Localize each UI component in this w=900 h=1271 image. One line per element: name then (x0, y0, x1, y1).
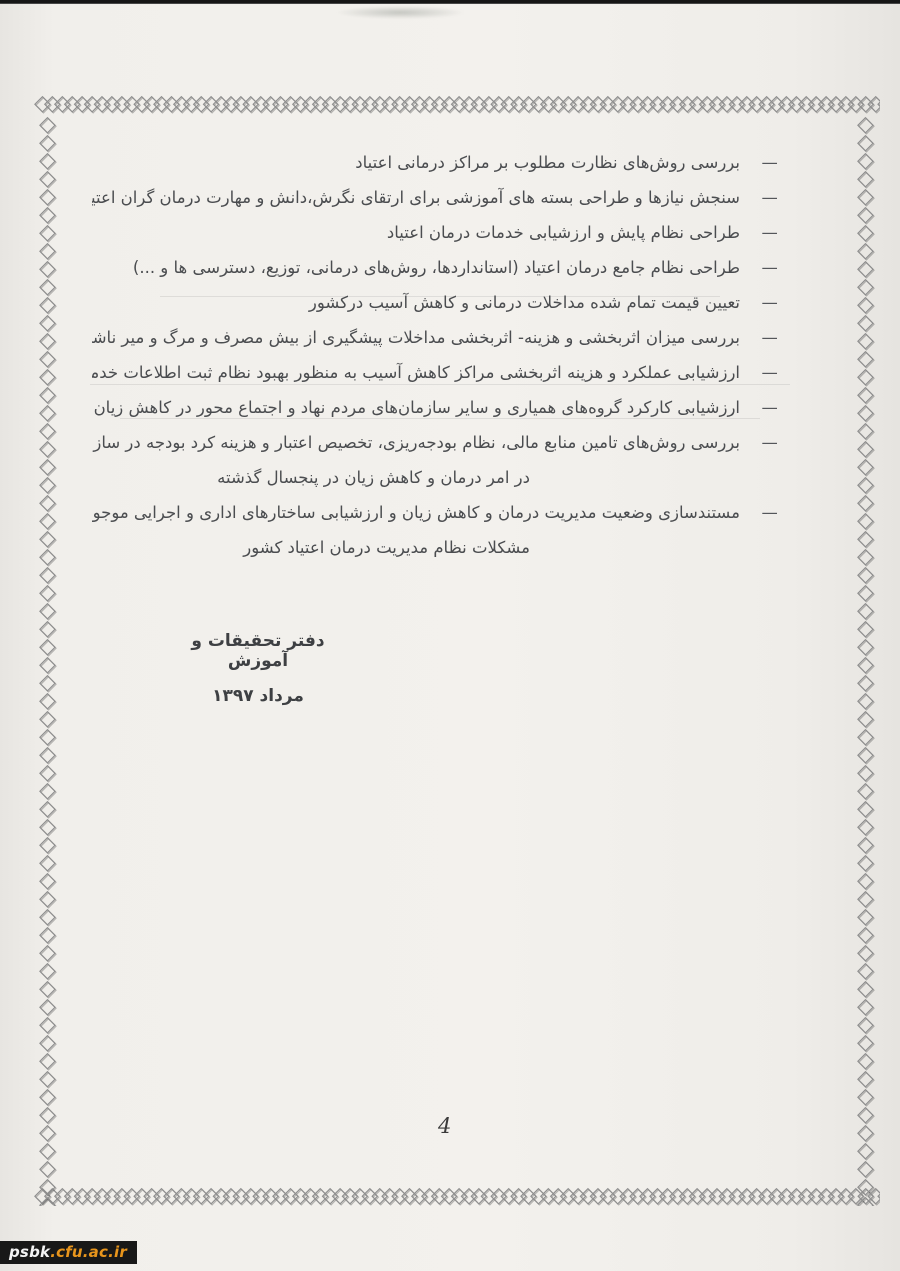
ornate-border-right: ◇◇◇◇◇◇◇◇◇◇◇◇◇◇◇◇◇◇◇◇◇◇◇◇◇◇◇◇◇◇◇◇◇◇◇◇◇◇◇◇… (852, 112, 878, 1206)
list-item-text: تعیین قیمت تمام شده مداخلات درمانی و کاه… (92, 292, 740, 314)
list-item-text: مستندسازی وضعیت مدیریت درمان و کاهش زیان… (92, 502, 740, 524)
list-item-text: طراحی نظام جامع درمان اعتیاد (استاندارده… (92, 257, 740, 279)
list-item: — بررسی روش‌های نظارت مطلوب بر مراکز درم… (92, 152, 777, 174)
page-number: 4 (438, 1114, 451, 1138)
list-item-text: طراحی نظام پایش و ارزشیابی خدمات درمان ا… (92, 222, 740, 244)
list-item-text: ارزشیابی عملکرد و هزینه اثربخشی مراکز کا… (92, 362, 740, 384)
dash-bullet: — (757, 292, 777, 314)
list-item: — طراحی نظام جامع درمان اعتیاد (استاندار… (92, 257, 777, 279)
watermark-site-badge: psbk.cfu.ac.ir (0, 1241, 137, 1264)
ornate-border-left: ◇◇◇◇◇◇◇◇◇◇◇◇◇◇◇◇◇◇◇◇◇◇◇◇◇◇◇◇◇◇◇◇◇◇◇◇◇◇◇◇… (34, 112, 60, 1206)
list-item-text: بررسی میزان اثربخشی و هزینه- اثربخشی مدا… (92, 327, 740, 349)
dash-bullet: — (757, 362, 777, 384)
list-item: — ارزشیابی کارکرد گروه‌های همیاری و سایر… (92, 397, 777, 419)
list-item: — طراحی نظام پایش و ارزشیابی خدمات درمان… (92, 222, 777, 244)
list-item-text: سنجش نیازها و طراحی بسته های آموزشی برای… (92, 187, 740, 209)
list-item: — تعیین قیمت تمام شده مداخلات درمانی و ک… (92, 292, 777, 314)
dash-bullet: — (757, 502, 777, 524)
list-item: — ارزشیابی عملکرد و هزینه اثربخشی مراکز … (92, 362, 777, 384)
list-item-text: بررسی روش‌های تامین منابع مالی، نظام بود… (92, 432, 740, 454)
bulleted-list: — بررسی روش‌های نظارت مطلوب بر مراکز درم… (92, 152, 777, 572)
scan-top-edge (0, 0, 900, 4)
watermark-prefix: psbk (9, 1243, 50, 1261)
dash-bullet: — (757, 152, 777, 174)
dash-bullet: — (757, 187, 777, 209)
watermark-suffix: .cfu.ac.ir (50, 1243, 127, 1261)
list-item-text: بررسی روش‌های نظارت مطلوب بر مراکز درمان… (92, 152, 740, 174)
scan-smudge-artifact (335, 6, 465, 19)
dash-bullet: — (757, 327, 777, 349)
signature-date: مرداد ۱۳۹۷ (168, 686, 348, 706)
list-item: — مستندسازی وضعیت مدیریت درمان و کاهش زی… (92, 502, 777, 559)
list-item-text-continuation: در امر درمان و کاهش زیان در پنجسال گذشته (92, 467, 740, 489)
list-item-text-continuation: مشکلات نظام مدیریت درمان اعتیاد کشور (92, 537, 740, 559)
dash-bullet: — (757, 222, 777, 244)
ornate-border-bottom: ◇◇◇◇◇◇◇◇◇◇◇◇◇◇◇◇◇◇◇◇◇◇◇◇◇◇◇◇◇◇◇◇◇◇◇◇◇◇◇◇… (34, 1184, 880, 1210)
dash-bullet: — (757, 397, 777, 419)
signature-office: دفتر تحقیقات و آموزش (168, 631, 348, 671)
signature-block: دفتر تحقیقات و آموزش مرداد ۱۳۹۷ (168, 631, 348, 706)
list-item: — بررسی میزان اثربخشی و هزینه- اثربخشی م… (92, 327, 777, 349)
ornate-border-top: ◇◇◇◇◇◇◇◇◇◇◇◇◇◇◇◇◇◇◇◇◇◇◇◇◇◇◇◇◇◇◇◇◇◇◇◇◇◇◇◇… (34, 92, 880, 118)
list-item-text: ارزشیابی کارکرد گروه‌های همیاری و سایر س… (92, 397, 740, 419)
list-item: — بررسی روش‌های تامین منابع مالی، نظام ب… (92, 432, 777, 489)
dash-bullet: — (757, 432, 777, 454)
list-item: — سنجش نیازها و طراحی بسته های آموزشی بر… (92, 187, 777, 209)
scanned-document-page: { "frame": { "ornament_glyph": "◇", "hor… (0, 0, 900, 1271)
dash-bullet: — (757, 257, 777, 279)
